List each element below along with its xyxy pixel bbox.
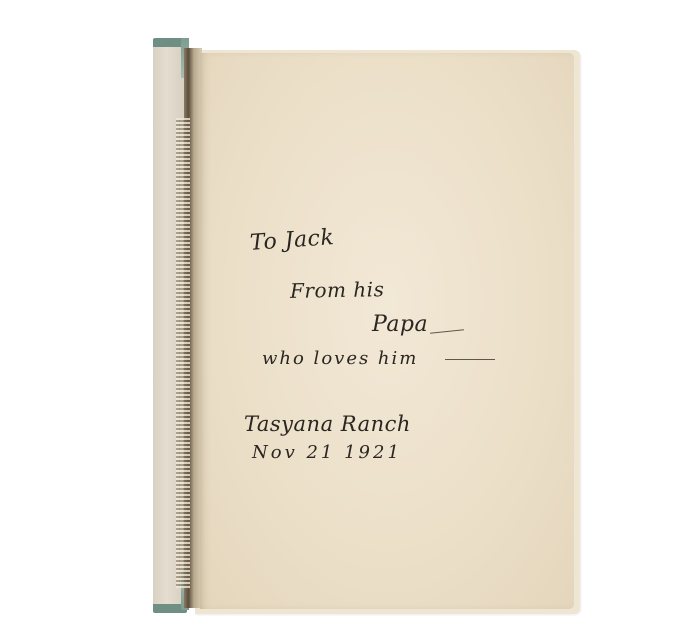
inscription-line-4: who loves him <box>262 348 418 369</box>
inscription-line-3: Papa <box>372 312 428 337</box>
signature: Tasyana Ranch <box>244 412 411 436</box>
exposed-binding-mull <box>176 118 190 588</box>
inscription-line-2: From his <box>290 277 385 303</box>
flourish-stroke <box>445 359 495 360</box>
inscription-date: Nov 21 1921 <box>252 442 402 463</box>
book-photograph: To Jack From his Papa who loves him Tasy… <box>0 0 679 620</box>
